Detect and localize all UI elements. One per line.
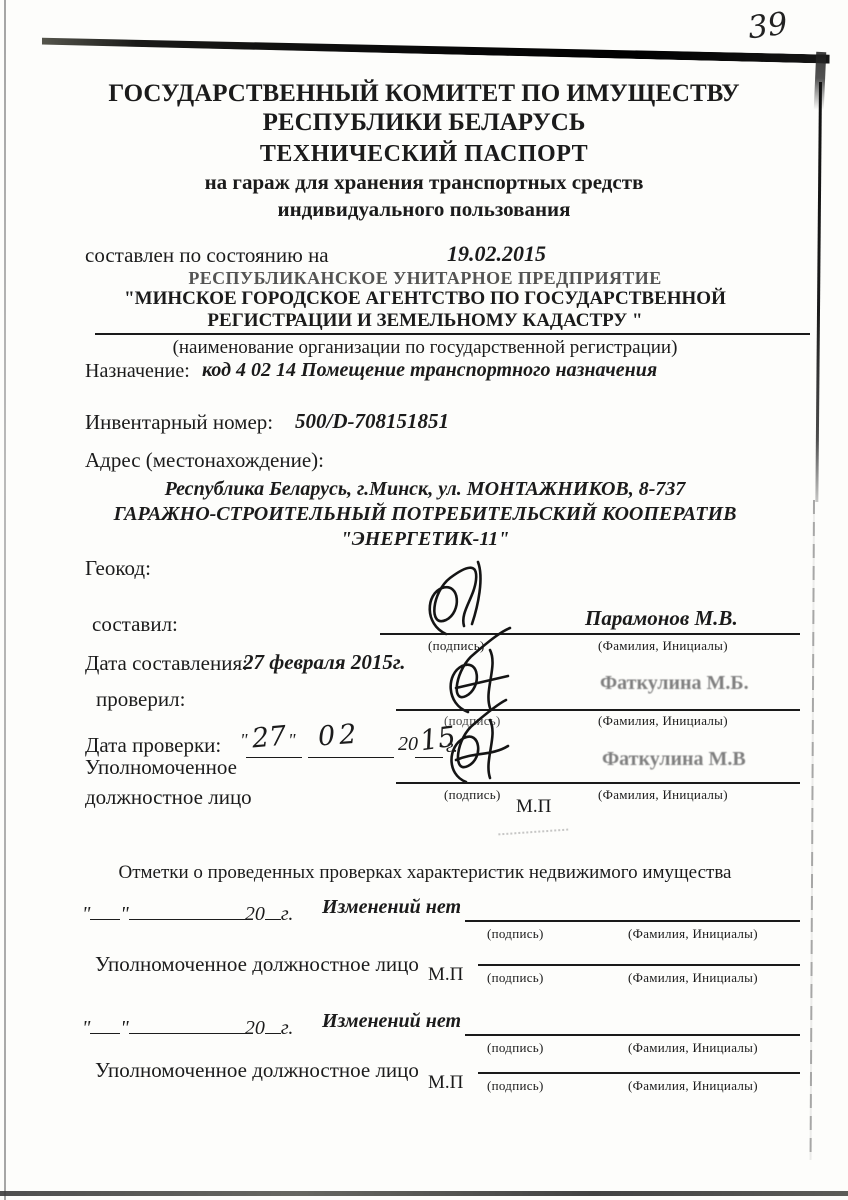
scan-top-black-band: [42, 36, 830, 64]
address-line1: Республика Беларусь, г.Минск, ул. МОНТАЖ…: [85, 478, 765, 501]
check-date-month-handwritten: 02: [317, 719, 361, 753]
blank-day-field: [90, 1012, 120, 1034]
scan-bottom-band: [0, 1191, 848, 1196]
official-name: Фаткулина М.В: [602, 748, 746, 771]
no-changes-note: Изменений нет: [322, 896, 461, 919]
name-caption: (Фамилия, Инициалы): [628, 970, 758, 986]
podpis-caption: (подпись): [487, 1078, 544, 1094]
check-date-year-prefix: 20: [398, 733, 418, 756]
geocode-label: Геокод:: [85, 556, 151, 581]
checks-title: Отметки о проведенных проверках характер…: [85, 862, 765, 884]
purpose-label: Назначение:: [85, 360, 190, 383]
official-label-line1: Уполномоченное: [85, 755, 237, 780]
mp-mark: М.П: [516, 796, 551, 818]
org-name-line2: "МИНСКОЕ ГОРОДСКОЕ АГЕНТСТВО ПО ГОСУДАРС…: [85, 288, 765, 310]
scan-left-edge-line: [4, 0, 6, 1200]
check-date-close-quote: ": [288, 730, 296, 751]
checked-by-label: проверил:: [96, 687, 185, 712]
signature-squiggle: [418, 560, 518, 638]
blank-month-field: [129, 898, 245, 920]
mp-mark: М.П: [428, 964, 463, 986]
address-line3: "ЭНЕРГЕТИК-11": [85, 528, 765, 551]
checked-by-name: Фаткулина М.Б.: [600, 672, 749, 695]
blank-open-quote: ": [82, 903, 90, 925]
checks-official-label: Уполномоченное должностное лицо: [95, 952, 419, 977]
compiled-on-label: составлен по состоянию на: [85, 243, 329, 268]
check-date-open-quote: ": [240, 730, 248, 751]
name-caption: (Фамилия, Инициалы): [628, 1040, 758, 1056]
official-label-line2: должностное лицо: [85, 785, 252, 810]
compiled-on-date: 19.02.2015: [447, 241, 546, 267]
name-caption: (Фамилия, Инициалы): [598, 713, 728, 729]
address-line2: ГАРАЖНО-СТРОИТЕЛЬНЫЙ ПОТРЕБИТЕЛЬСКИЙ КОО…: [85, 503, 765, 526]
inventory-value: 500/D-708151851: [295, 409, 449, 434]
handwritten-page-number: 39: [746, 6, 790, 47]
check-date-blank-month: [308, 757, 394, 758]
stamp-smudge: [498, 821, 569, 836]
committee-title-line1: ГОСУДАРСТВЕННЫЙ КОМИТЕТ ПО ИМУЩЕСТВУ: [60, 80, 788, 108]
blank-day-field: [90, 898, 120, 920]
blank-close-quote: ": [120, 1017, 128, 1039]
blank-year-suffix: г.: [281, 903, 294, 925]
mp-mark: М.П: [428, 1072, 463, 1094]
scan-right-edge-line-light: [810, 500, 815, 1160]
blank-year-prefix: 20: [245, 1017, 265, 1039]
org-caption: (наименование организации по государстве…: [85, 337, 765, 359]
blank-year-field: [265, 898, 281, 920]
check-date-day-handwritten: 27: [251, 721, 288, 755]
compile-date-label: Дата составления:: [85, 651, 248, 676]
podpis-caption: (подпись): [487, 1040, 544, 1056]
committee-title-line2: РЕСПУБЛИКИ БЕЛАРУСЬ: [60, 109, 788, 137]
official-signature-line: [478, 964, 800, 966]
podpis-caption: (подпись): [444, 787, 501, 803]
inventory-label: Инвентарный номер:: [85, 410, 273, 435]
compiled-by-name: Парамонов М.В.: [585, 606, 738, 631]
compiled-by-label: составил:: [92, 612, 178, 637]
doc-title: ТЕХНИЧЕСКИЙ ПАСПОРТ: [60, 141, 788, 168]
blank-close-quote: ": [120, 903, 128, 925]
address-label: Адрес (местонахождение):: [85, 448, 324, 473]
purpose-value: код 4 02 14 Помещение транспортного назн…: [202, 359, 657, 382]
signature-squiggle: [440, 700, 540, 786]
podpis-caption: (подпись): [487, 970, 544, 986]
blank-year-field: [265, 1012, 281, 1034]
blank-open-quote: ": [82, 1017, 90, 1039]
org-underline: [95, 333, 810, 335]
name-caption: (Фамилия, Инициалы): [598, 638, 728, 654]
no-changes-note: Изменений нет: [322, 1010, 461, 1033]
blank-year-prefix: 20: [245, 903, 265, 925]
podpis-caption: (подпись): [487, 926, 544, 942]
check-signature-line: [465, 920, 800, 922]
checks-official-label: Уполномоченное должностное лицо: [95, 1058, 419, 1083]
name-caption: (Фамилия, Инициалы): [628, 1078, 758, 1094]
name-caption: (Фамилия, Инициалы): [598, 787, 728, 803]
check-date-blank-day: [246, 757, 302, 758]
scanned-document-page: 39 ГОСУДАРСТВЕННЫЙ КОМИТЕТ ПО ИМУЩЕСТВУ …: [0, 0, 848, 1200]
org-name-line3: РЕГИСТРАЦИИ И ЗЕМЕЛЬНОМУ КАДАСТРУ ": [85, 310, 765, 332]
blank-month-field: [129, 1012, 245, 1034]
official-signature-line: [396, 782, 800, 784]
doc-subtitle-line2: индивидуального пользования: [60, 197, 788, 222]
scan-right-edge-line-dark: [815, 82, 822, 502]
doc-subtitle-line1: на гараж для хранения транспортных средс…: [60, 170, 788, 195]
org-name-line1: РЕСПУБЛИКАНСКОЕ УНИТАРНОЕ ПРЕДПРИЯТИЕ: [85, 268, 765, 289]
official-signature-line: [478, 1072, 800, 1074]
blank-year-suffix: г.: [281, 1017, 294, 1039]
name-caption: (Фамилия, Инициалы): [628, 926, 758, 942]
check-date-blank-year: [415, 757, 443, 758]
compile-date-value: 27 февраля 2015г.: [243, 650, 406, 675]
check-signature-line: [465, 1034, 800, 1036]
